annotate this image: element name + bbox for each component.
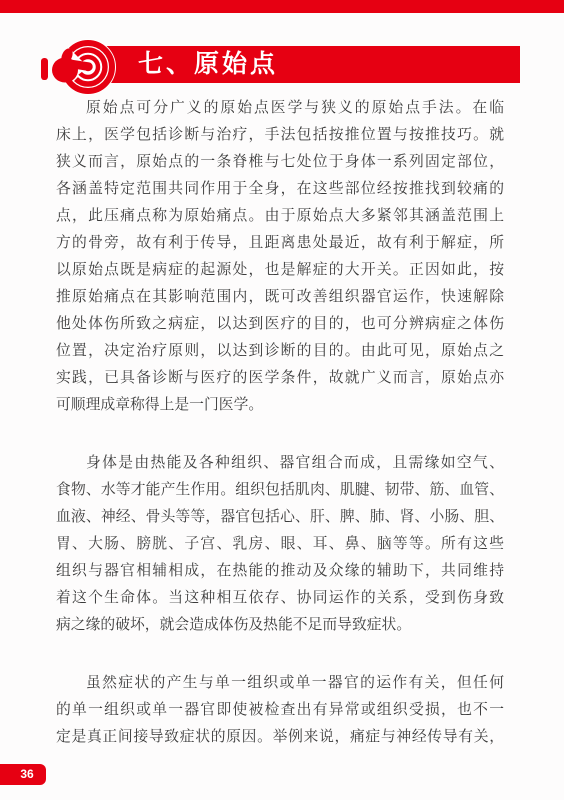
text-line: 食物、水等才能产生作用。组织包括肌肉、肌腱、韧带、筋、血管、: [56, 477, 504, 504]
text-line: 位置，决定治疗原则，以达到诊断的目的。由此可见，原始点之: [56, 338, 504, 365]
paragraph: 虽然症状的产生与单一组织或单一器官的运作有关，但任何的单一组织或单一器官即使被检…: [56, 670, 504, 751]
text-line: 可顺理成章称得上是一门医学。: [56, 392, 504, 419]
top-border-bar: [0, 0, 564, 13]
pointing-hand-ripple-icon: [36, 28, 170, 104]
body-text: 原始点可分广义的原始点医学与狭义的原始点手法。在临床上，医学包括诊断与治疗，手法…: [56, 95, 504, 751]
text-line: 血液、神经、骨头等等，器官包括心、肝、脾、肺、肾、小肠、胆、: [56, 504, 504, 531]
text-line: 着这个生命体。当这种相互依存、协同运作的关系，受到伤身致: [56, 585, 504, 612]
text-line: 他处体伤所致之病症，以达到医疗的目的，也可分辨病症之体伤: [56, 311, 504, 338]
page-number: 36: [20, 767, 33, 781]
text-line: 狭义而言，原始点的一条脊椎与七处位于身体一系列固定部位，: [56, 149, 504, 176]
book-page: 七、原始点 原始点可分广义的原始点医学与狭义的原始点手法。在临床上，医学包括诊断…: [0, 0, 564, 800]
text-line: 身体是由热能及各种组织、器官组合而成，且需缘如空气、: [56, 450, 504, 477]
text-line: 点，此压痛点称为原始痛点。由于原始点大多紧邻其涵盖范围上: [56, 203, 504, 230]
text-line: 方的骨旁，故有利于传导，且距离患处最近，故有利于解症，所: [56, 230, 504, 257]
text-line: 胃、大肠、膀胱、子宫、乳房、眼、耳、鼻、脑等等。所有这些: [56, 531, 504, 558]
text-line: 各涵盖特定范围共同作用于全身，在这些部位经按推找到较痛的: [56, 176, 504, 203]
text-line: 实践，已具备诊断与医疗的医学条件，故就广义而言，原始点亦: [56, 365, 504, 392]
text-line: 推原始痛点在其影响范围内，既可改善组织器官运作，快速解除: [56, 284, 504, 311]
paragraph: 身体是由热能及各种组织、器官组合而成，且需缘如空气、食物、水等才能产生作用。组织…: [56, 450, 504, 639]
text-line: 组织与器官相辅相成，在热能的推动及众缘的辅助下，共同维持: [56, 558, 504, 585]
text-line: 病之缘的破坏，就会造成体伤及热能不足而导致症状。: [56, 612, 504, 639]
text-line: 虽然症状的产生与单一组织或单一器官的运作有关，但任何: [56, 670, 504, 697]
text-line: 的单一组织或单一器官即使被检查出有异常或组织受损，也不一: [56, 697, 504, 724]
paragraph: 原始点可分广义的原始点医学与狭义的原始点手法。在临床上，医学包括诊断与治疗，手法…: [56, 95, 504, 419]
page-number-badge: 36: [0, 764, 46, 785]
text-line: 原始点可分广义的原始点医学与狭义的原始点手法。在临: [56, 95, 504, 122]
text-line: 床上，医学包括诊断与治疗，手法包括按推位置与按推技巧。就: [56, 122, 504, 149]
text-line: 定是真正间接导致症状的原因。举例来说，痛症与神经传导有关，: [56, 724, 504, 751]
text-line: 以原始点既是病症的起源处，也是解症的大开关。正因如此，按: [56, 257, 504, 284]
